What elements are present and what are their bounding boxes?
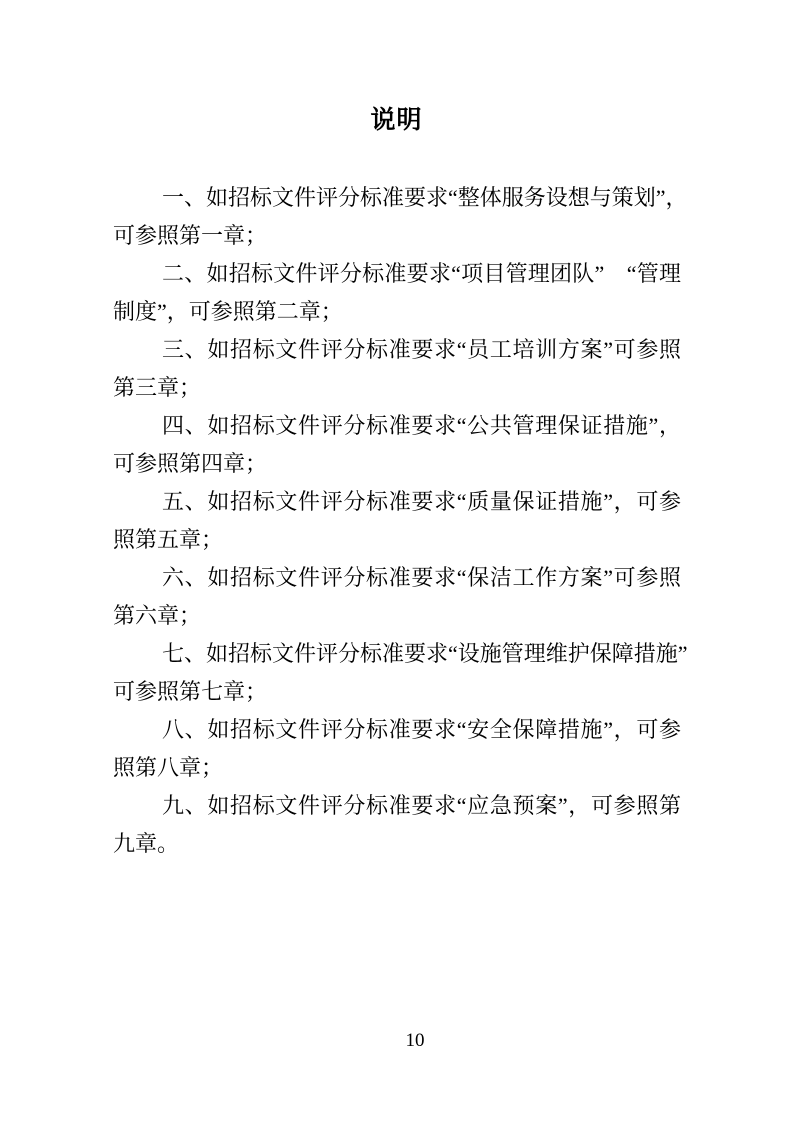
paragraph-line: 可参照第四章； (113, 445, 681, 483)
paragraph-line: 照第八章； (113, 749, 681, 787)
paragraph-1: 一、如招标文件评分标准要求“整体服务设想与策划”， 可参照第一章； (113, 179, 681, 255)
paragraph-line: 四、如招标文件评分标准要求“公共管理保证措施”， (113, 407, 681, 445)
paragraph-9: 九、如招标文件评分标准要求“应急预案”，可参照第 九章。 (113, 787, 681, 863)
paragraph-line: 六、如招标文件评分标准要求“保洁工作方案”可参照 (113, 559, 681, 597)
paragraph-2: 二、如招标文件评分标准要求“项目管理团队” “管理 制度”，可参照第二章； (113, 255, 681, 331)
paragraph-8: 八、如招标文件评分标准要求“安全保障措施”，可参 照第八章； (113, 711, 681, 787)
paragraph-6: 六、如招标文件评分标准要求“保洁工作方案”可参照 第六章； (113, 559, 681, 635)
page-number: 10 (406, 1030, 425, 1051)
paragraph-line: 三、如招标文件评分标准要求“员工培训方案”可参照 (113, 331, 681, 369)
paragraph-line: 九、如招标文件评分标准要求“应急预案”，可参照第 (113, 787, 681, 825)
paragraph-line: 一、如招标文件评分标准要求“整体服务设想与策划”， (113, 179, 681, 217)
paragraph-line: 九章。 (113, 825, 681, 863)
paragraph-line: 照第五章； (113, 521, 681, 559)
paragraph-line: 五、如招标文件评分标准要求“质量保证措施”，可参 (113, 483, 681, 521)
paragraph-line: 第三章； (113, 369, 681, 407)
document-page: 说明 一、如招标文件评分标准要求“整体服务设想与策划”， 可参照第一章； 二、如… (0, 0, 793, 1122)
document-body: 一、如招标文件评分标准要求“整体服务设想与策划”， 可参照第一章； 二、如招标文… (0, 179, 793, 863)
paragraph-line: 制度”，可参照第二章； (113, 293, 681, 331)
paragraph-line: 可参照第一章； (113, 217, 681, 255)
paragraph-4: 四、如招标文件评分标准要求“公共管理保证措施”， 可参照第四章； (113, 407, 681, 483)
document-title: 说明 (0, 103, 793, 139)
paragraph-5: 五、如招标文件评分标准要求“质量保证措施”，可参 照第五章； (113, 483, 681, 559)
paragraph-line: 第六章； (113, 597, 681, 635)
paragraph-line: 二、如招标文件评分标准要求“项目管理团队” “管理 (113, 255, 681, 293)
paragraph-line: 可参照第七章； (113, 673, 681, 711)
paragraph-line: 七、如招标文件评分标准要求“设施管理维护保障措施” (113, 635, 681, 673)
paragraph-3: 三、如招标文件评分标准要求“员工培训方案”可参照 第三章； (113, 331, 681, 407)
paragraph-7: 七、如招标文件评分标准要求“设施管理维护保障措施” 可参照第七章； (113, 635, 681, 711)
paragraph-line: 八、如招标文件评分标准要求“安全保障措施”，可参 (113, 711, 681, 749)
page-footer: 10 (0, 1028, 793, 1054)
